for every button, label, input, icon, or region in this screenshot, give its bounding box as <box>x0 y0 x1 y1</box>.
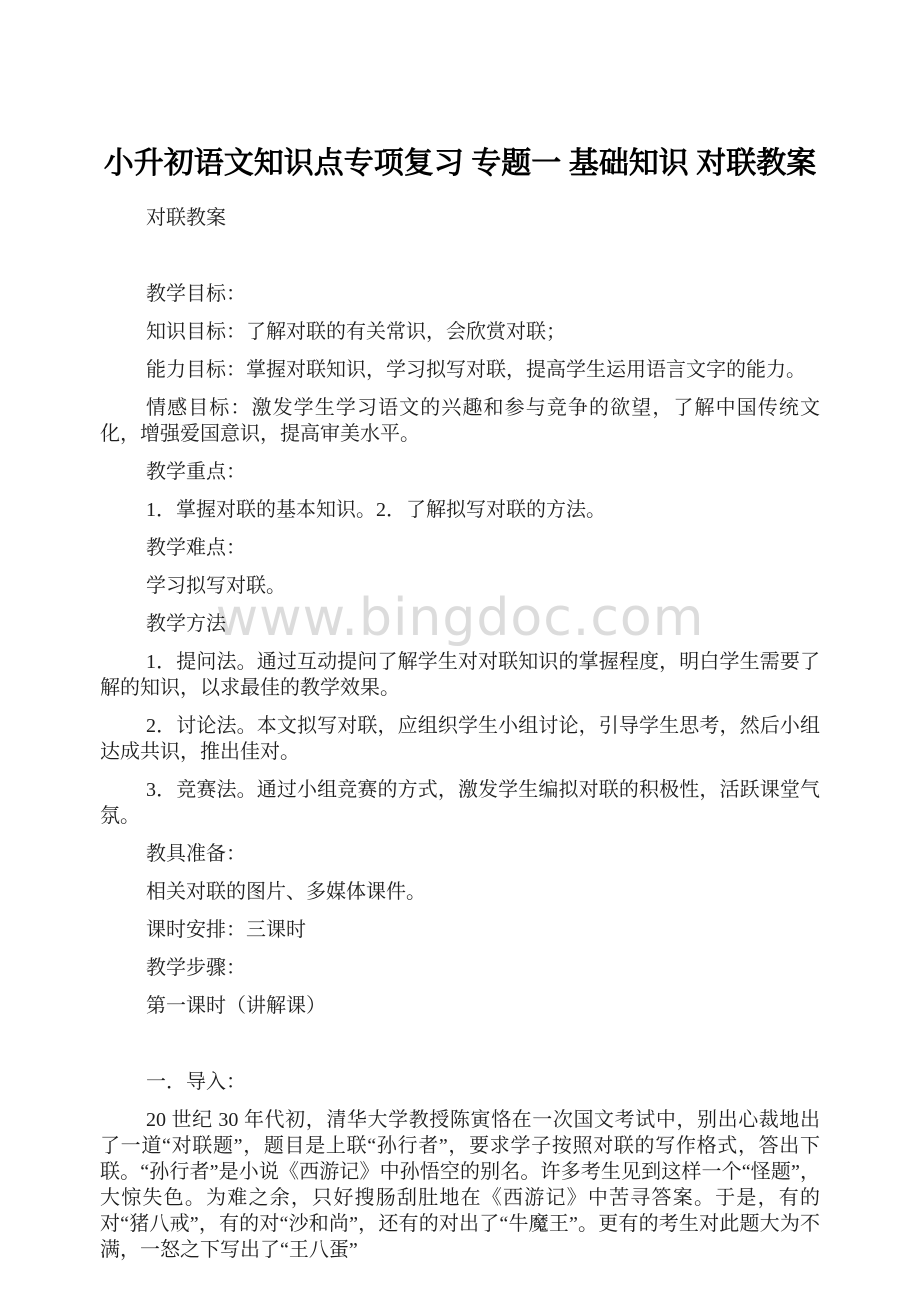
paragraph-methods-heading: 教学方法 <box>100 611 820 637</box>
paragraph-key-points-heading: 教学重点： <box>100 459 820 485</box>
paragraph-subtitle: 对联教案 <box>100 205 820 231</box>
paragraph-key-points: 1．掌握对联的基本知识。2．了解拟写对联的方法。 <box>100 497 820 523</box>
paragraph-emotion-goal: 情感目标：激发学生学习语文的兴趣和参与竞争的欲望，了解中国传统文化，增强爱国意识… <box>100 395 820 447</box>
paragraph-difficulty: 学习拟写对联。 <box>100 573 820 599</box>
paragraph-materials: 相关对联的图片、多媒体课件。 <box>100 879 820 905</box>
paragraph-method-question: 1．提问法。通过互动提问了解学生对对联知识的掌握程度，明白学生需要了解的知识，以… <box>100 649 820 701</box>
document-title: 小升初语文知识点专项复习 专题一 基础知识 对联教案 <box>100 145 820 183</box>
paragraph-schedule: 课时安排：三课时 <box>100 917 820 943</box>
document-content-area: 小升初语文知识点专项复习 专题一 基础知识 对联教案 对联教案 教学目标： 知识… <box>0 0 920 1263</box>
paragraph-materials-heading: 教具准备： <box>100 841 820 867</box>
document-body: 对联教案 教学目标： 知识目标：了解对联的有关常识，会欣赏对联； 能力目标：掌握… <box>100 205 820 1263</box>
paragraph-intro-heading: 一．导入： <box>100 1069 820 1095</box>
paragraph-difficulty-heading: 教学难点： <box>100 535 820 561</box>
paragraph-blank <box>100 1031 820 1057</box>
paragraph-knowledge-goal: 知识目标：了解对联的有关常识，会欣赏对联； <box>100 319 820 345</box>
paragraph-blank <box>100 243 820 269</box>
paragraph-ability-goal: 能力目标：掌握对联知识，学习拟写对联，提高学生运用语言文字的能力。 <box>100 357 820 383</box>
paragraph-teaching-goals-heading: 教学目标： <box>100 281 820 307</box>
paragraph-intro-story: 20 世纪 30 年代初，清华大学教授陈寅恪在一次国文考试中，别出心裁地出了一道… <box>100 1107 820 1263</box>
paragraph-steps-heading: 教学步骤： <box>100 955 820 981</box>
paragraph-method-competition: 3．竞赛法。通过小组竞赛的方式，激发学生编拟对联的积极性，活跃课堂气氛。 <box>100 777 820 829</box>
document-page: www.bingdoc.com 小升初语文知识点专项复习 专题一 基础知识 对联… <box>0 0 920 1302</box>
paragraph-lesson-one: 第一课时（讲解课） <box>100 993 820 1019</box>
paragraph-method-discussion: 2．讨论法。本文拟写对联，应组织学生小组讨论，引导学生思考，然后小组达成共识，推… <box>100 713 820 765</box>
